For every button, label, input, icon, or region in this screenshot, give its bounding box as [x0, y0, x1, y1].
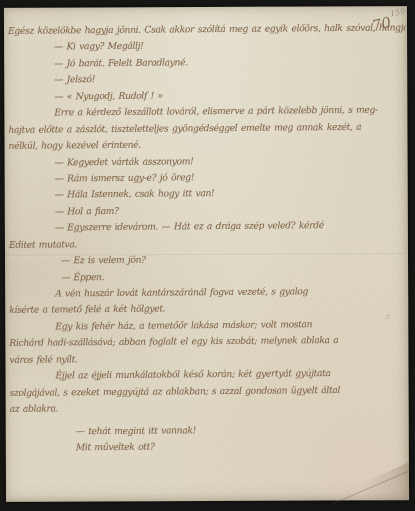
page-number-pencil: 159 — [389, 7, 406, 19]
manuscript-page: 159 70 Egész közelökbe hagyja jönni. Csa… — [4, 6, 409, 502]
photo-backdrop: 159 70 Egész közelökbe hagyja jönni. Csa… — [0, 0, 415, 511]
corner-fold — [325, 462, 409, 500]
manuscript-line: Mit műveltek ott? — [6, 437, 408, 457]
manuscript-text: Egész közelökbe hagyja jönni. Csak akkor… — [4, 22, 408, 457]
manuscript-line: az ablakra. — [6, 398, 408, 418]
corner-fold-crease-line — [332, 471, 408, 504]
